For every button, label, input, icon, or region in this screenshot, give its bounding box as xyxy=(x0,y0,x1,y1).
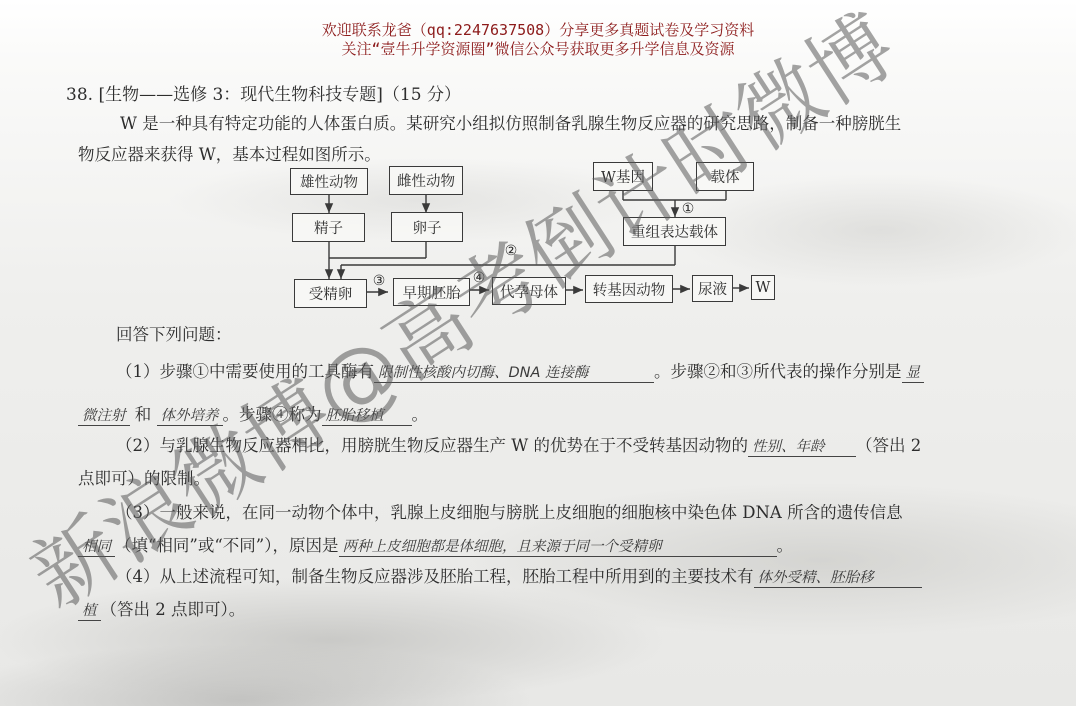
q2-text-b: （答出 2 xyxy=(856,436,921,455)
q3-text-b: （填“相同”或“不同”），原因是 xyxy=(115,536,339,555)
box-male-animal: 雄性动物 xyxy=(290,168,368,195)
box-w-protein: W xyxy=(751,275,775,300)
q1-text-a: （1）步骤①中需要使用的工具酶有 xyxy=(116,362,374,381)
q2-answer: 性别、年龄 xyxy=(748,438,856,457)
box-recombinant-vector: 重组表达载体 xyxy=(623,217,726,246)
q4-line-2: 植（答出 2 点即可）。 xyxy=(78,596,245,621)
step-2-marker: ② xyxy=(503,243,519,259)
q1-line-1: （1）步骤①中需要使用的工具酶有限制性核酸内切酶、DNA 连接酶。步骤②和③所代… xyxy=(116,358,924,383)
box-female-animal: 雌性动物 xyxy=(389,166,463,195)
box-vector: 载体 xyxy=(696,162,754,191)
q3-answer-reason: 两种上皮细胞都是体细胞，且来源于同一个受精卵 xyxy=(339,538,777,557)
box-early-embryo: 早期胚胎 xyxy=(393,278,470,306)
box-transgenic-animal: 转基因动物 xyxy=(585,275,673,303)
step-1-marker: ① xyxy=(680,201,696,217)
q1-text-b: 。步骤②和③所代表的操作分别是 xyxy=(654,362,902,381)
q1-line-2: 微注射 和 体外培养。步骤④称为胚胎移植。 xyxy=(78,401,428,426)
q2-text-a: （2）与乳腺生物反应器相比，用膀胱生物反应器生产 W 的优势在于不受转基因动物的 xyxy=(116,436,748,455)
q2-line-2: 点即可）的限制。 xyxy=(78,465,210,489)
q1-text-d: 。步骤④称为 xyxy=(223,405,322,424)
box-urine: 尿液 xyxy=(692,275,733,302)
step-4-marker: ④ xyxy=(471,270,487,286)
q2-line-1: （2）与乳腺生物反应器相比，用膀胱生物反应器生产 W 的优势在于不受转基因动物的… xyxy=(116,432,921,457)
q4-answer-part1: 体外受精、胚胎移 xyxy=(754,569,922,588)
q1-text-e: 。 xyxy=(412,405,429,424)
box-surrogate-mother: 代孕母体 xyxy=(492,277,566,305)
step-3-marker: ③ xyxy=(371,273,387,289)
q3-line-1: （3）一般来说，在同一动物个体中，乳腺上皮细胞与膀胱上皮细胞的细胞核中染色体 D… xyxy=(116,499,903,523)
q3-answer-same: 相同 xyxy=(78,538,115,557)
q4-answer-part2: 植 xyxy=(78,602,101,621)
box-zygote: 受精卵 xyxy=(294,279,367,308)
q1-answer-step2-part1: 显 xyxy=(902,364,925,383)
q3-line-2: 相同（填“相同”或“不同”），原因是两种上皮细胞都是体细胞，且来源于同一个受精卵… xyxy=(78,532,793,557)
q3-text-c: 。 xyxy=(777,536,794,555)
box-egg: 卵子 xyxy=(391,212,463,242)
box-sperm: 精子 xyxy=(292,213,365,242)
q1-answer-step2-part2: 微注射 xyxy=(78,407,130,426)
q4-line-1: （4）从上述流程可知，制备生物反应器涉及胚胎工程，胚胎工程中所用到的主要技术有体… xyxy=(116,563,922,588)
q4-text-b: （答出 2 点即可）。 xyxy=(101,600,246,619)
q1-text-c: 和 xyxy=(135,405,152,424)
box-w-gene: W基因 xyxy=(593,162,653,191)
q1-answer-enzymes: 限制性核酸内切酶、DNA 连接酶 xyxy=(374,364,654,383)
answer-prompt: 回答下列问题： xyxy=(116,321,232,345)
q1-answer-step4: 胚胎移植 xyxy=(322,407,412,426)
q1-answer-step3: 体外培养 xyxy=(157,407,223,426)
q4-text-a: （4）从上述流程可知，制备生物反应器涉及胚胎工程，胚胎工程中所用到的主要技术有 xyxy=(116,567,754,586)
